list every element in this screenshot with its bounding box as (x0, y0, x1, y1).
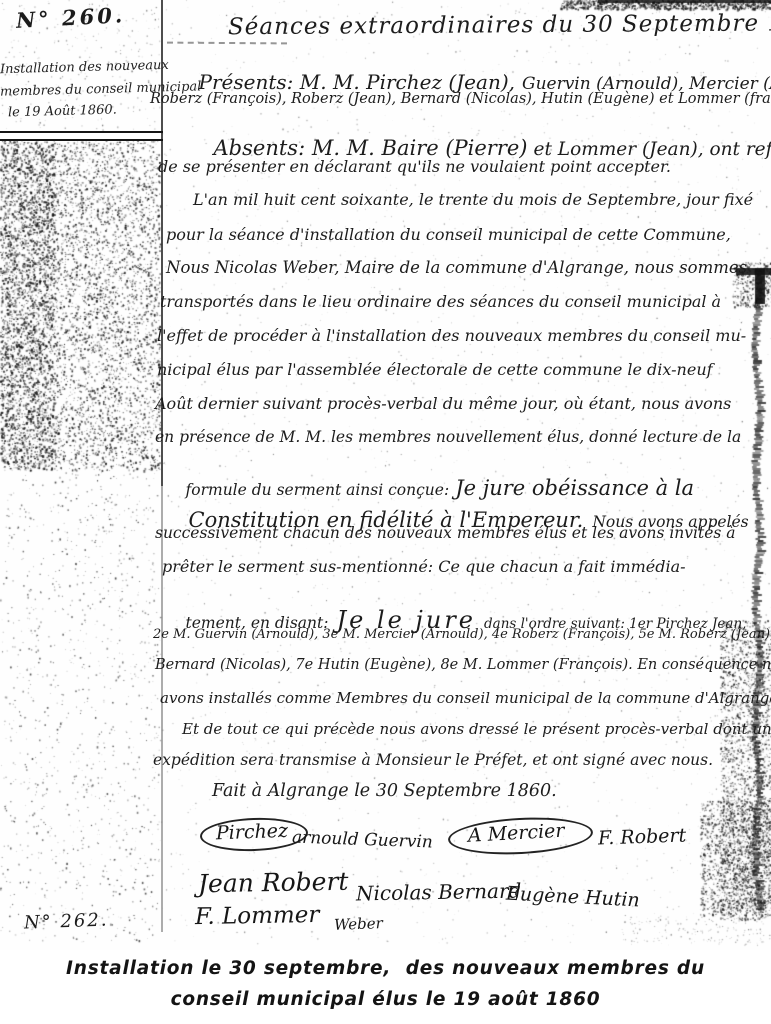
act-line: avons installés comme Membres du conseil… (160, 690, 771, 707)
signature-nicolas-bernard: Nicolas Bernard (356, 879, 522, 906)
signature-f-robert: F. Robert (598, 824, 687, 849)
act-title: Séances extraordinaires du 30 Septembre … (228, 11, 771, 41)
margin-vertical-rule-faded (161, 486, 163, 932)
act-line: en présence de M. M. les membres nouvell… (155, 429, 741, 446)
act-line: pour la séance d'installation du conseil… (166, 226, 731, 244)
act-line-segment: Présents: M. M. Pirchez (Jean), (199, 71, 515, 93)
signature-weber: Weber (334, 914, 383, 934)
photo-caption: Installation le 30 septembre, des nouvea… (0, 953, 771, 1015)
act-line: Bernard (Nicolas), 7e Hutin (Eugène), 8e… (155, 658, 771, 674)
caption-line-1: Installation le 30 septembre, des nouvea… (0, 953, 771, 984)
act-line: 2e M. Guervin (Arnould), 3e M. Mercier (… (153, 628, 771, 642)
act-line: Nous Nicolas Weber, Maire de la commune … (166, 259, 747, 277)
act-line: transportés dans le lieu ordinaire des s… (160, 293, 721, 311)
act-line: de se présenter en déclarant qu'ils ne v… (158, 158, 671, 176)
document-scan-area: N° 260. Installation des nouveaux membre… (0, 0, 771, 950)
act-number-bottom: N° 262. (24, 911, 109, 934)
act-line: l'effet de procéder à l'installation des… (157, 327, 746, 345)
signature-f-lommer: F. Lommer (195, 902, 320, 930)
act-line: successivement chacun des nouveaux membr… (155, 525, 736, 542)
act-line: expédition sera transmise à Monsieur le … (153, 752, 713, 769)
act-line: Roberz (François), Roberz (Jean), Bernar… (150, 92, 771, 108)
margin-double-rule (0, 131, 163, 141)
act-line: Et de tout ce qui précède nous avons dre… (182, 721, 771, 738)
act-line: Août dernier suivant procès-verbal du mê… (155, 395, 731, 413)
margin-note-line: le 19 Août 1860. (0, 103, 117, 120)
act-number-top: N° 260. (15, 3, 125, 32)
scanned-register-page: N° 260. Installation des nouveaux membre… (0, 0, 771, 1024)
act-line: nicipal élus par l'assemblée électorale … (157, 361, 713, 379)
signature-jean-robert: Jean Robert (198, 867, 349, 899)
act-line: L'an mil huit cent soixante, le trente d… (193, 191, 753, 209)
act-line-date-place: Fait à Algrange le 30 Septembre 1860. (212, 782, 557, 801)
caption-line-2: conseil municipal élus le 19 août 1860 (0, 984, 771, 1015)
act-line: prêter le serment sus-mentionné: Ce que … (162, 558, 686, 576)
